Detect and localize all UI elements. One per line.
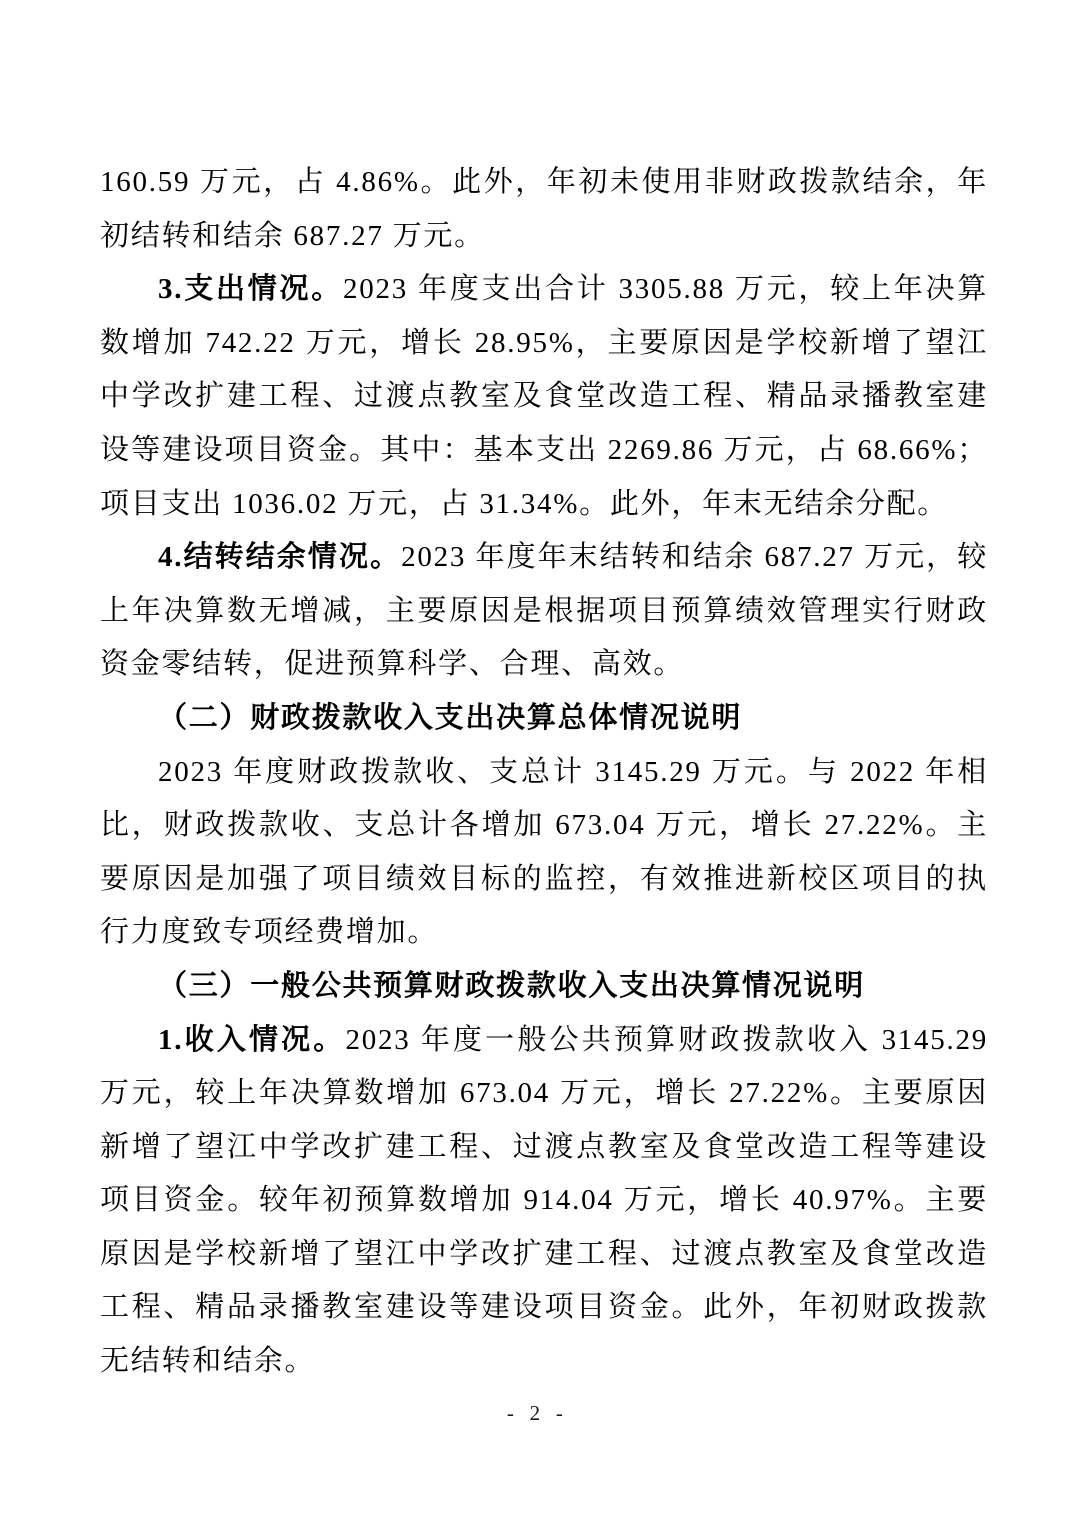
paragraph-carryforward-situation: 4.结转结余情况。2023 年度年末结转和结余 687.27 万元，较上年决算数… xyxy=(100,531,988,692)
page-paragraphs: 160.59 万元，占 4.86%。此外，年初未使用非财政拨款结余，年初结转和结… xyxy=(100,156,988,1389)
paragraph-fiscal-appropriation-total: 2023 年度财政拨款收、支总计 3145.29 万元。与 2022 年相比，财… xyxy=(100,746,988,960)
text-run-bold: 4.结转结余情况。 xyxy=(158,541,401,573)
text-run-bold: 1.收入情况。 xyxy=(158,1024,345,1056)
text-run: 2023 年度支出合计 3305.88 万元，较上年决算数增加 742.22 万… xyxy=(100,273,988,519)
paragraph-expenditure-situation: 3.支出情况。2023 年度支出合计 3305.88 万元，较上年决算数增加 7… xyxy=(100,263,988,531)
paragraph-nonfiscal-carryover: 160.59 万元，占 4.86%。此外，年初未使用非财政拨款结余，年初结转和结… xyxy=(100,156,988,263)
text-run: 160.59 万元，占 4.86%。此外，年初未使用非财政拨款结余，年初结转和结… xyxy=(100,166,988,252)
document-page: 160.59 万元，占 4.86%。此外，年初未使用非财政拨款结余，年初结转和结… xyxy=(0,0,1075,1520)
heading-section-three: （三）一般公共预算财政拨款收入支出决算情况说明 xyxy=(100,960,988,1014)
text-run-bold: 3.支出情况。 xyxy=(158,273,343,305)
paragraph-income-situation: 1.收入情况。2023 年度一般公共预算财政拨款收入 3145.29 万元，较上… xyxy=(100,1014,988,1389)
text-run: 2023 年度一般公共预算财政拨款收入 3145.29 万元，较上年决算数增加 … xyxy=(100,1024,988,1378)
heading-section-two: （二）财政拨款收入支出决算总体情况说明 xyxy=(100,692,988,746)
page-footer: - 2 - xyxy=(0,1398,1075,1428)
page-number: - 2 - xyxy=(507,1401,568,1425)
text-run: 2023 年度财政拨款收、支总计 3145.29 万元。与 2022 年相比，财… xyxy=(100,756,988,949)
text-run-bold: （三）一般公共预算财政拨款收入支出决算情况说明 xyxy=(158,970,865,1002)
text-run-bold: （二）财政拨款收入支出决算总体情况说明 xyxy=(158,702,742,734)
